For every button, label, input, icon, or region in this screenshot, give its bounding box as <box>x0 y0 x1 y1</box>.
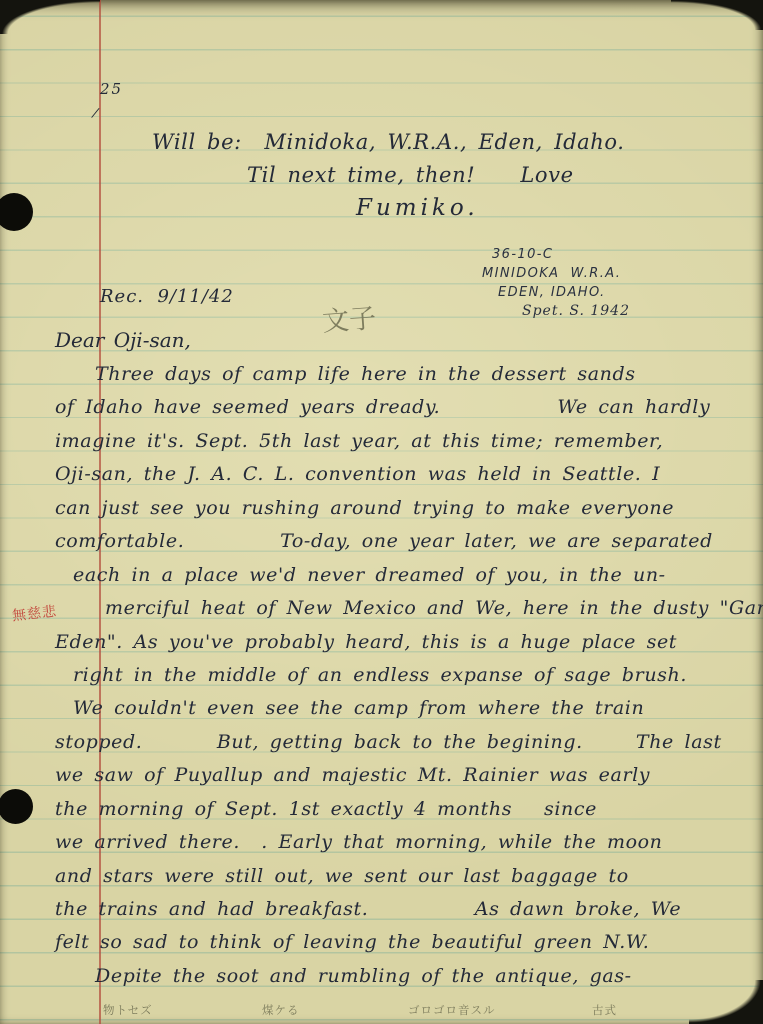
letter-line: can just see you rushing around trying t… <box>55 492 755 525</box>
letter-line: merciful heat of New Mexico and We, here… <box>55 592 755 625</box>
letter-line: each in a place we'd never dreamed of yo… <box>55 559 755 592</box>
letter-line: we arrived there. . Early that morning, … <box>55 826 755 859</box>
signature: Fumiko. <box>356 195 479 221</box>
letter-line: imagine it's. Sept. 5th last year, at th… <box>55 425 755 458</box>
letter-line: comfortable. To-day, one year later, we … <box>55 525 755 558</box>
closing-address-line: Will be: Minidoka, W.R.A., Eden, Idaho. <box>152 130 625 154</box>
pencil-translation-note: 古式 <box>592 1002 617 1018</box>
letter-line: the morning of Sept. 1st exactly 4 month… <box>55 793 755 826</box>
letter-line: right in the middle of an endless expans… <box>55 659 755 692</box>
letter-body: Three days of camp life here in the dess… <box>55 358 755 993</box>
sender-address-block: 36-10-C MINIDOKA W.R.A. EDEN, IDAHO. Spe… <box>482 245 630 321</box>
closing-farewell-line: Til next time, then! Love <box>247 163 574 187</box>
letter-line: felt so sad to think of leaving the beau… <box>55 926 755 959</box>
paper-corner-top-right <box>671 0 763 30</box>
letter-line: stopped. But, getting back to the begini… <box>55 726 755 759</box>
page-number: 25 <box>100 80 123 98</box>
letter-line: Three days of camp life here in the dess… <box>55 358 755 391</box>
pencil-kanji-annotation: 文子 <box>321 296 378 339</box>
salutation: Dear Oji-san, <box>55 328 191 352</box>
received-date-note: Rec. 9/11/42 <box>100 286 234 307</box>
letter-line: of Idaho have seemed years dready. We ca… <box>55 391 755 424</box>
pencil-translation-note: ゴロゴロ音スル <box>408 1002 496 1018</box>
address-barracks-number: 36-10-C <box>492 245 630 264</box>
address-city-state: EDEN, IDAHO. <box>498 283 630 302</box>
letter-photo: 25 / Will be: Minidoka, W.R.A., Eden, Id… <box>0 0 763 1024</box>
pencil-translation-note: 物トセズ <box>103 1002 153 1018</box>
letter-line: Eden". As you've probably heard, this is… <box>55 626 755 659</box>
letter-line: We couldn't even see the camp from where… <box>55 692 755 725</box>
address-camp-name: MINIDOKA W.R.A. <box>482 264 630 283</box>
paper-corner-top-left <box>0 0 100 34</box>
letter-line: Depite the soot and rumbling of the anti… <box>55 960 755 993</box>
pencil-translation-note: 煤ケる <box>262 1002 300 1018</box>
letter-line: the trains and had breakfast. As dawn br… <box>55 893 755 926</box>
letter-date: Spet. S. 1942 <box>522 302 630 321</box>
letter-line: Oji-san, the J. A. C. L. convention was … <box>55 458 755 491</box>
letter-line: we saw of Puyallup and majestic Mt. Rain… <box>55 759 755 792</box>
letter-line: and stars were still out, we sent our la… <box>55 860 755 893</box>
